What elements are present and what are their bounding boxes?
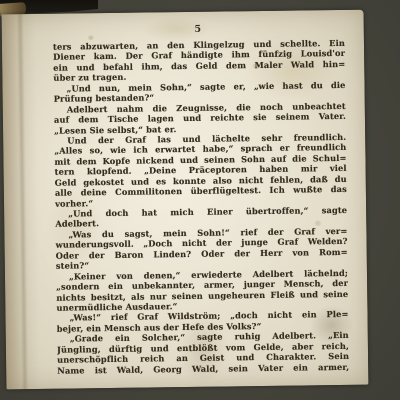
page-number: 5 <box>52 22 344 37</box>
text-block: ters abzuwarten, an den Klingelzug und s… <box>53 38 349 376</box>
book-page: 5 ters abzuwarten, an den Klingelzug und… <box>2 10 369 390</box>
scan-background: 5 ters abzuwarten, an den Klingelzug und… <box>0 0 400 400</box>
